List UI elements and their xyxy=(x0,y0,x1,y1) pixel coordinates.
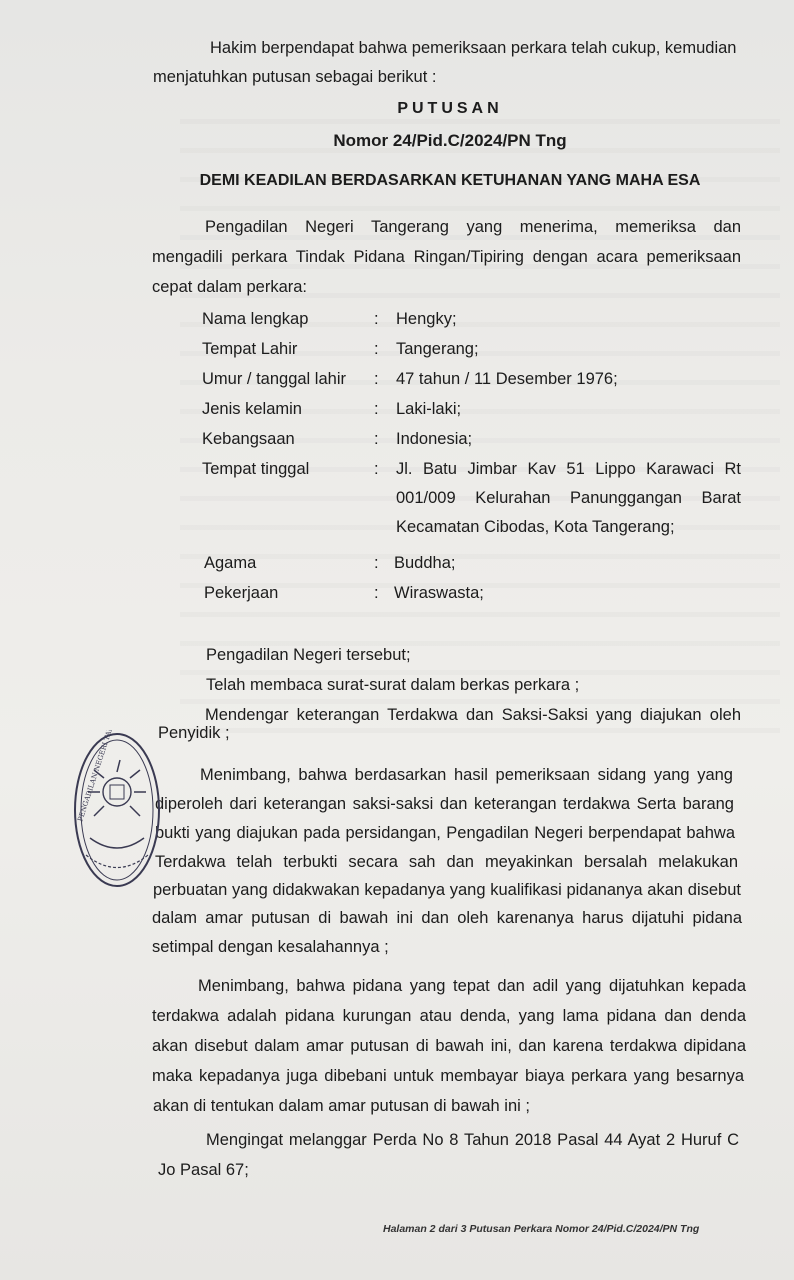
identity-value: Hengky; xyxy=(396,309,794,329)
page-footer: Halaman 2 dari 3 Putusan Perkara Nomor 2… xyxy=(383,1223,699,1235)
document-page: Hakim berpendapat bahwa pemeriksaan perk… xyxy=(0,0,794,1280)
identity-value-address: Jl. Batu Jimbar Kav 51 Lippo Karawaci Rt… xyxy=(396,455,741,542)
consider1-line: dalam amar putusan di bawah ini dan oleh… xyxy=(152,904,742,934)
identity-colon: : xyxy=(374,309,379,329)
identity-value: 47 tahun / 11 Desember 1976; xyxy=(396,369,794,389)
recall-line-2: Jo Pasal 67; xyxy=(158,1160,249,1180)
consider2-line: akan disebut dalam amar putusan di bawah… xyxy=(152,1032,746,1062)
address-line-3: Kecamatan Cibodas, Kota Tangerang; xyxy=(396,513,741,542)
identity-label: Kebangsaan xyxy=(202,429,372,449)
consider1-line: diperoleh dari keterangan saksi-saksi da… xyxy=(155,790,734,820)
identity-colon: : xyxy=(374,583,379,603)
consider1-line: bukti yang diajukan pada persidangan, Pe… xyxy=(155,819,735,849)
court-para-line-1: Pengadilan Negeri Tangerang yang menerim… xyxy=(205,213,741,243)
consider1-line: perbuatan yang didakwakan kepadanya yang… xyxy=(153,876,741,906)
heard-line-2: Penyidik ; xyxy=(158,723,230,743)
identity-label: Umur / tanggal lahir xyxy=(202,369,372,389)
recall-line-1: Mengingat melanggar Perda No 8 Tahun 201… xyxy=(206,1126,739,1156)
court-para-line-2: mengadili perkara Tindak Pidana Ringan/T… xyxy=(152,243,741,273)
document-title: PUTUSAN xyxy=(150,100,750,118)
intro-line-1: Hakim berpendapat bahwa pemeriksaan perk… xyxy=(210,38,736,58)
identity-value: Tangerang; xyxy=(396,339,794,359)
consider2-line: Menimbang, bahwa pidana yang tepat dan a… xyxy=(198,972,746,1002)
consider1-line: Menimbang, bahwa berdasarkan hasil pemer… xyxy=(200,761,733,791)
identity-label: Agama xyxy=(204,553,374,573)
read-files: Telah membaca surat-surat dalam berkas p… xyxy=(206,675,579,695)
identity-colon: : xyxy=(374,399,379,419)
consider2-line: akan di tentukan dalam amar putusan di b… xyxy=(153,1096,530,1116)
identity-colon: : xyxy=(374,429,379,449)
consider2-line: terdakwa adalah pidana kurungan atau den… xyxy=(152,1002,746,1032)
court-para-line-3: cepat dalam perkara: xyxy=(152,277,307,297)
identity-label: Jenis kelamin xyxy=(202,399,372,419)
identity-label: Pekerjaan xyxy=(204,583,374,603)
identity-colon: : xyxy=(374,553,379,573)
consider1-line: setimpal dengan kesalahannya ; xyxy=(152,937,389,957)
court-stamp-icon: PENGADILAN NEGERI TANGERANG xyxy=(72,730,162,890)
address-line-2: 001/009 Kelurahan Panunggangan Barat xyxy=(396,484,741,513)
identity-value: Indonesia; xyxy=(396,429,794,449)
identity-label: Tempat tinggal xyxy=(202,459,372,479)
identity-value: Laki-laki; xyxy=(396,399,794,419)
identity-value: Wiraswasta; xyxy=(394,583,794,603)
identity-label: Nama lengkap xyxy=(202,309,372,329)
identity-colon: : xyxy=(374,369,379,389)
identity-colon: : xyxy=(374,339,379,359)
intro-line-2: menjatuhkan putusan sebagai berikut : xyxy=(153,67,436,87)
court-said: Pengadilan Negeri tersebut; xyxy=(206,645,411,665)
identity-label: Tempat Lahir xyxy=(202,339,372,359)
consider2-line: maka kepadanya juga dibebani untuk memba… xyxy=(152,1062,744,1092)
consider1-line: Terdakwa telah terbukti secara sah dan m… xyxy=(155,848,738,878)
heard-line-1: Mendengar keterangan Terdakwa dan Saksi-… xyxy=(205,701,741,731)
address-line-1: Jl. Batu Jimbar Kav 51 Lippo Karawaci Rt xyxy=(396,455,741,484)
case-number: Nomor 24/Pid.C/2024/PN Tng xyxy=(150,131,750,151)
identity-value: Buddha; xyxy=(394,553,794,573)
court-motto: DEMI KEADILAN BERDASARKAN KETUHANAN YANG… xyxy=(140,172,760,190)
identity-colon: : xyxy=(374,459,379,479)
